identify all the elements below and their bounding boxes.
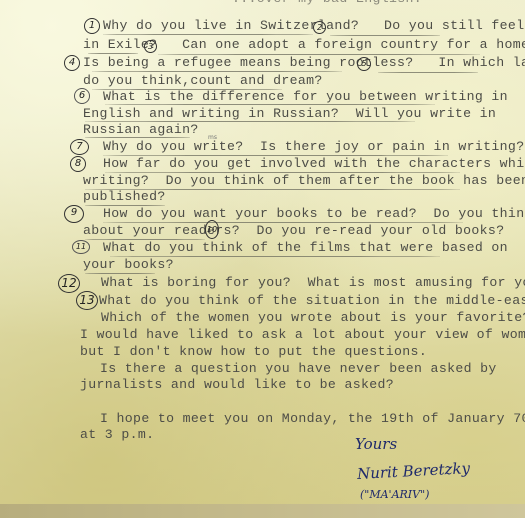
question-number-7: 7 [70,139,89,155]
body-line: jurnalists and would like to be asked? [80,377,394,393]
question-line: Why do you write? Is there joy or pain i… [103,139,524,155]
pencil-underline [88,53,138,54]
body-line: Is there a question you have never been … [100,361,497,377]
question-line: How far do you get involved with the cha… [103,156,525,172]
question-number-3: 3 [144,40,157,53]
closing-line: at 3 p.m. [80,427,154,443]
signature-affiliation: ("MA'ARIV") [360,488,429,501]
question-number-1: 1 [84,18,100,34]
question-line: about your readers? Do you re-read your … [83,223,504,239]
pencil-underline [85,137,190,138]
question-number-5: 5 [357,57,371,71]
question-line: What do you think of the situation in th… [99,293,525,309]
question-line: Russian again? [83,122,199,138]
pencil-underline [85,273,155,274]
top-partial-line: ...over my bad English. [232,0,422,7]
signature-closing: Yours [355,435,397,453]
question-number-13: 13 [76,291,98,310]
question-line: What do you think of the films that were… [103,240,508,256]
question-number-11: 11 [72,240,90,254]
question-line: Is being a refugee means being rootless?… [83,55,525,71]
question-number-4: 4 [64,55,80,71]
question-line: do you think,count and dream? [83,73,323,89]
question-line: How do you want your books to be read? D… [103,206,525,222]
pencil-underline [103,34,313,35]
table-surface [0,504,525,518]
question-number-10: 10 [205,220,219,239]
pencil-underline [378,72,478,73]
pencil-underline [330,35,440,36]
question-line: What is the difference for you between w… [103,89,508,105]
question-number-12: 12 [58,274,80,293]
pencil-underline [105,104,435,105]
question-line: Which of the women you wrote about is yo… [101,310,525,326]
question-number-9: 9 [64,205,84,223]
question-line: What is boring for you? What is most amu… [101,275,525,291]
question-number-8: 8 [70,156,86,172]
body-line: but I don't know how to put the question… [80,344,427,360]
closing-line: I hope to meet you on Monday, the 19th o… [100,411,525,427]
question-line: writing? Do you think of them after the … [83,173,525,189]
question-line: published? [83,189,166,205]
question-number-2: 2 [313,21,326,34]
pencil-underline [92,71,342,72]
question-number-6: 6 [74,88,90,104]
question-line: English and writing in Russian? Will you… [83,106,496,122]
body-line: I would have liked to ask a lot about yo… [80,327,525,343]
question-line: your books? [83,257,174,273]
